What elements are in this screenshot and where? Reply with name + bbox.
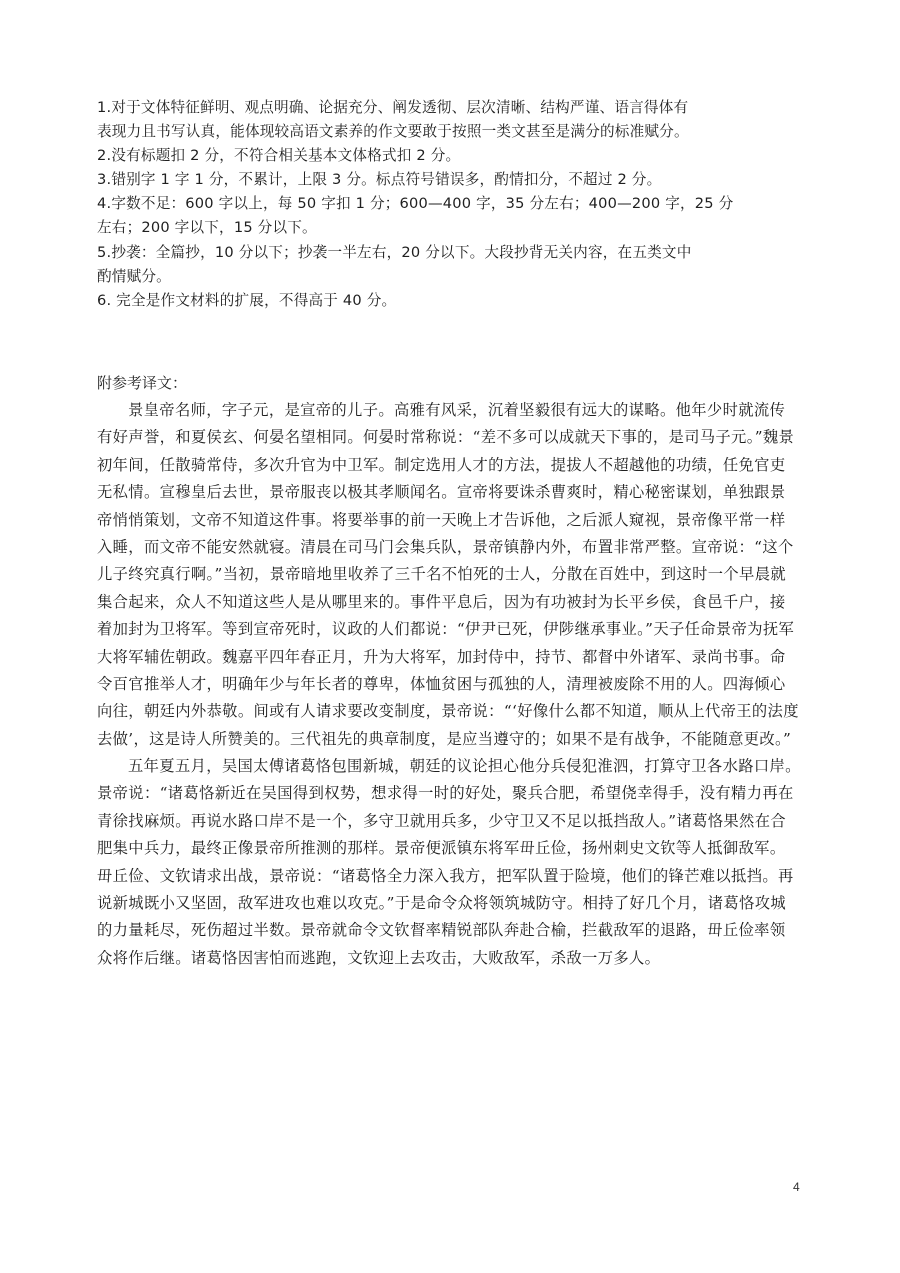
translation-line: 的力量耗尽，死伤超过半数。景帝就命令文钦督率精锐部队奔赴合榆，拦截敌军的退路，毌… (97, 917, 807, 944)
rule-line: 4.字数不足：600 字以上，每 50 字扣 1 分；600—400 字，35 … (97, 192, 777, 216)
translation-line: 集合起来，众人不知道这些人是从哪里来的。事件平息后，因为有功被封为长平乡侯，食邑… (97, 589, 807, 616)
rule-line: 酌情赋分。 (97, 265, 777, 289)
translation-line: 着加封为卫将军。等到宣帝死时，议政的人们都说：“伊尹已死，伊陟继承事业。”天子任… (97, 616, 807, 643)
translation-line: 五年夏五月，吴国太傅诸葛恪包围新城，朝廷的议论担心他分兵侵犯淮泗，打算守卫各水路… (97, 753, 807, 780)
reference-translation: 附参考译文： 景皇帝名师，字子元，是宣帝的儿子。高雅有风采，沉着坚毅很有远大的谋… (97, 371, 807, 972)
translation-line: 肥集中兵力，最终正像景帝所推测的那样。景帝便派镇东将军毌丘俭，扬州刺史文钦等人抵… (97, 835, 807, 862)
section-title: 附参考译文： (97, 371, 807, 395)
translation-line: 向往，朝廷内外恭敬。间或有人请求要改变制度，景帝说：“‘好像什么都不知道，顺从上… (97, 698, 807, 725)
translation-line: 儿子终究真行啊。”当初，景帝暗地里收养了三千名不怕死的士人，分散在百姓中，到这时… (97, 561, 807, 588)
page-number: 4 (793, 1180, 800, 1194)
translation-line: 青徐找麻烦。再说水路口岸不是一个，多守卫就用兵多，少守卫又不足以抵挡敌人。”诸葛… (97, 808, 807, 835)
translation-line: 说新城既小又坚固，敌军进攻也难以攻克。”于是命令众将领筑城防守。相持了好几个月，… (97, 890, 807, 917)
translation-body: 景皇帝名师，字子元，是宣帝的儿子。高雅有风采，沉着坚毅很有远大的谋略。他年少时就… (97, 397, 807, 972)
translation-line: 有好声誉，和夏侯玄、何晏名望相同。何晏时常称说：“差不多可以成就天下事的，是司马… (97, 424, 807, 451)
rule-line: 3.错别字 1 字 1 分，不累计，上限 3 分。标点符号错误多，酌情扣分，不超… (97, 168, 777, 192)
rule-line: 表现力且书写认真，能体现较高语文素养的作文要敢于按照一类文甚至是满分的标准赋分。 (97, 120, 777, 144)
translation-line: 初年间，任散骑常侍，多次升官为中卫军。制定选用人才的方法，提拔人不超越他的功绩，… (97, 452, 807, 479)
translation-line: 众将作后继。诸葛恪因害怕而逃跑，文钦迎上去攻击，大败敌军，杀敌一万多人。 (97, 945, 807, 972)
rule-line: 左右；200 字以下，15 分以下。 (97, 216, 777, 240)
translation-line: 毌丘俭、文钦请求出战，景帝说：“诸葛恪全力深入我方，把军队置于险境，他们的锋芒难… (97, 863, 807, 890)
translation-line: 帝悄悄策划，文帝不知道这件事。将要举事的前一天晚上才告诉他，之后派人窥视，景帝像… (97, 507, 807, 534)
translation-line: 景皇帝名师，字子元，是宣帝的儿子。高雅有风采，沉着坚毅很有远大的谋略。他年少时就… (97, 397, 807, 424)
translation-line: 入睡，而文帝不能安然就寝。清晨在司马门会集兵队，景帝镇静内外，布置非常严整。宣帝… (97, 534, 807, 561)
rule-line: 2.没有标题扣 2 分，不符合相关基本文体格式扣 2 分。 (97, 144, 777, 168)
rule-line: 5.抄袭：全篇抄，10 分以下；抄袭一半左右，20 分以下。大段抄背无关内容，在… (97, 241, 777, 265)
translation-line: 无私情。宣穆皇后去世，景帝服丧以极其孝顺闻名。宣帝将要诛杀曹爽时，精心秘密谋划，… (97, 479, 807, 506)
rule-line: 6. 完全是作文材料的扩展，不得高于 40 分。 (97, 289, 777, 313)
scoring-rules: 1.对于文体特征鲜明、观点明确、论据充分、阐发透彻、层次清晰、结构严谨、语言得体… (97, 96, 777, 313)
document-page: 1.对于文体特征鲜明、观点明确、论据充分、阐发透彻、层次清晰、结构严谨、语言得体… (0, 0, 900, 1273)
translation-line: 景帝说：“诸葛恪新近在吴国得到权势，想求得一时的好处，聚兵合肥，希望侥幸得手，没… (97, 780, 807, 807)
translation-line: 大将军辅佐朝政。魏嘉平四年春正月，升为大将军，加封侍中，持节、都督中外诸军、录尚… (97, 644, 807, 671)
rule-line: 1.对于文体特征鲜明、观点明确、论据充分、阐发透彻、层次清晰、结构严谨、语言得体… (97, 96, 777, 120)
translation-line: 去做’，这是诗人所赞美的。三代祖先的典章制度，是应当遵守的；如果不是有战争，不能… (97, 726, 807, 753)
translation-line: 令百官推举人才，明确年少与年长者的尊卑，体恤贫困与孤独的人，清理被废除不用的人。… (97, 671, 807, 698)
